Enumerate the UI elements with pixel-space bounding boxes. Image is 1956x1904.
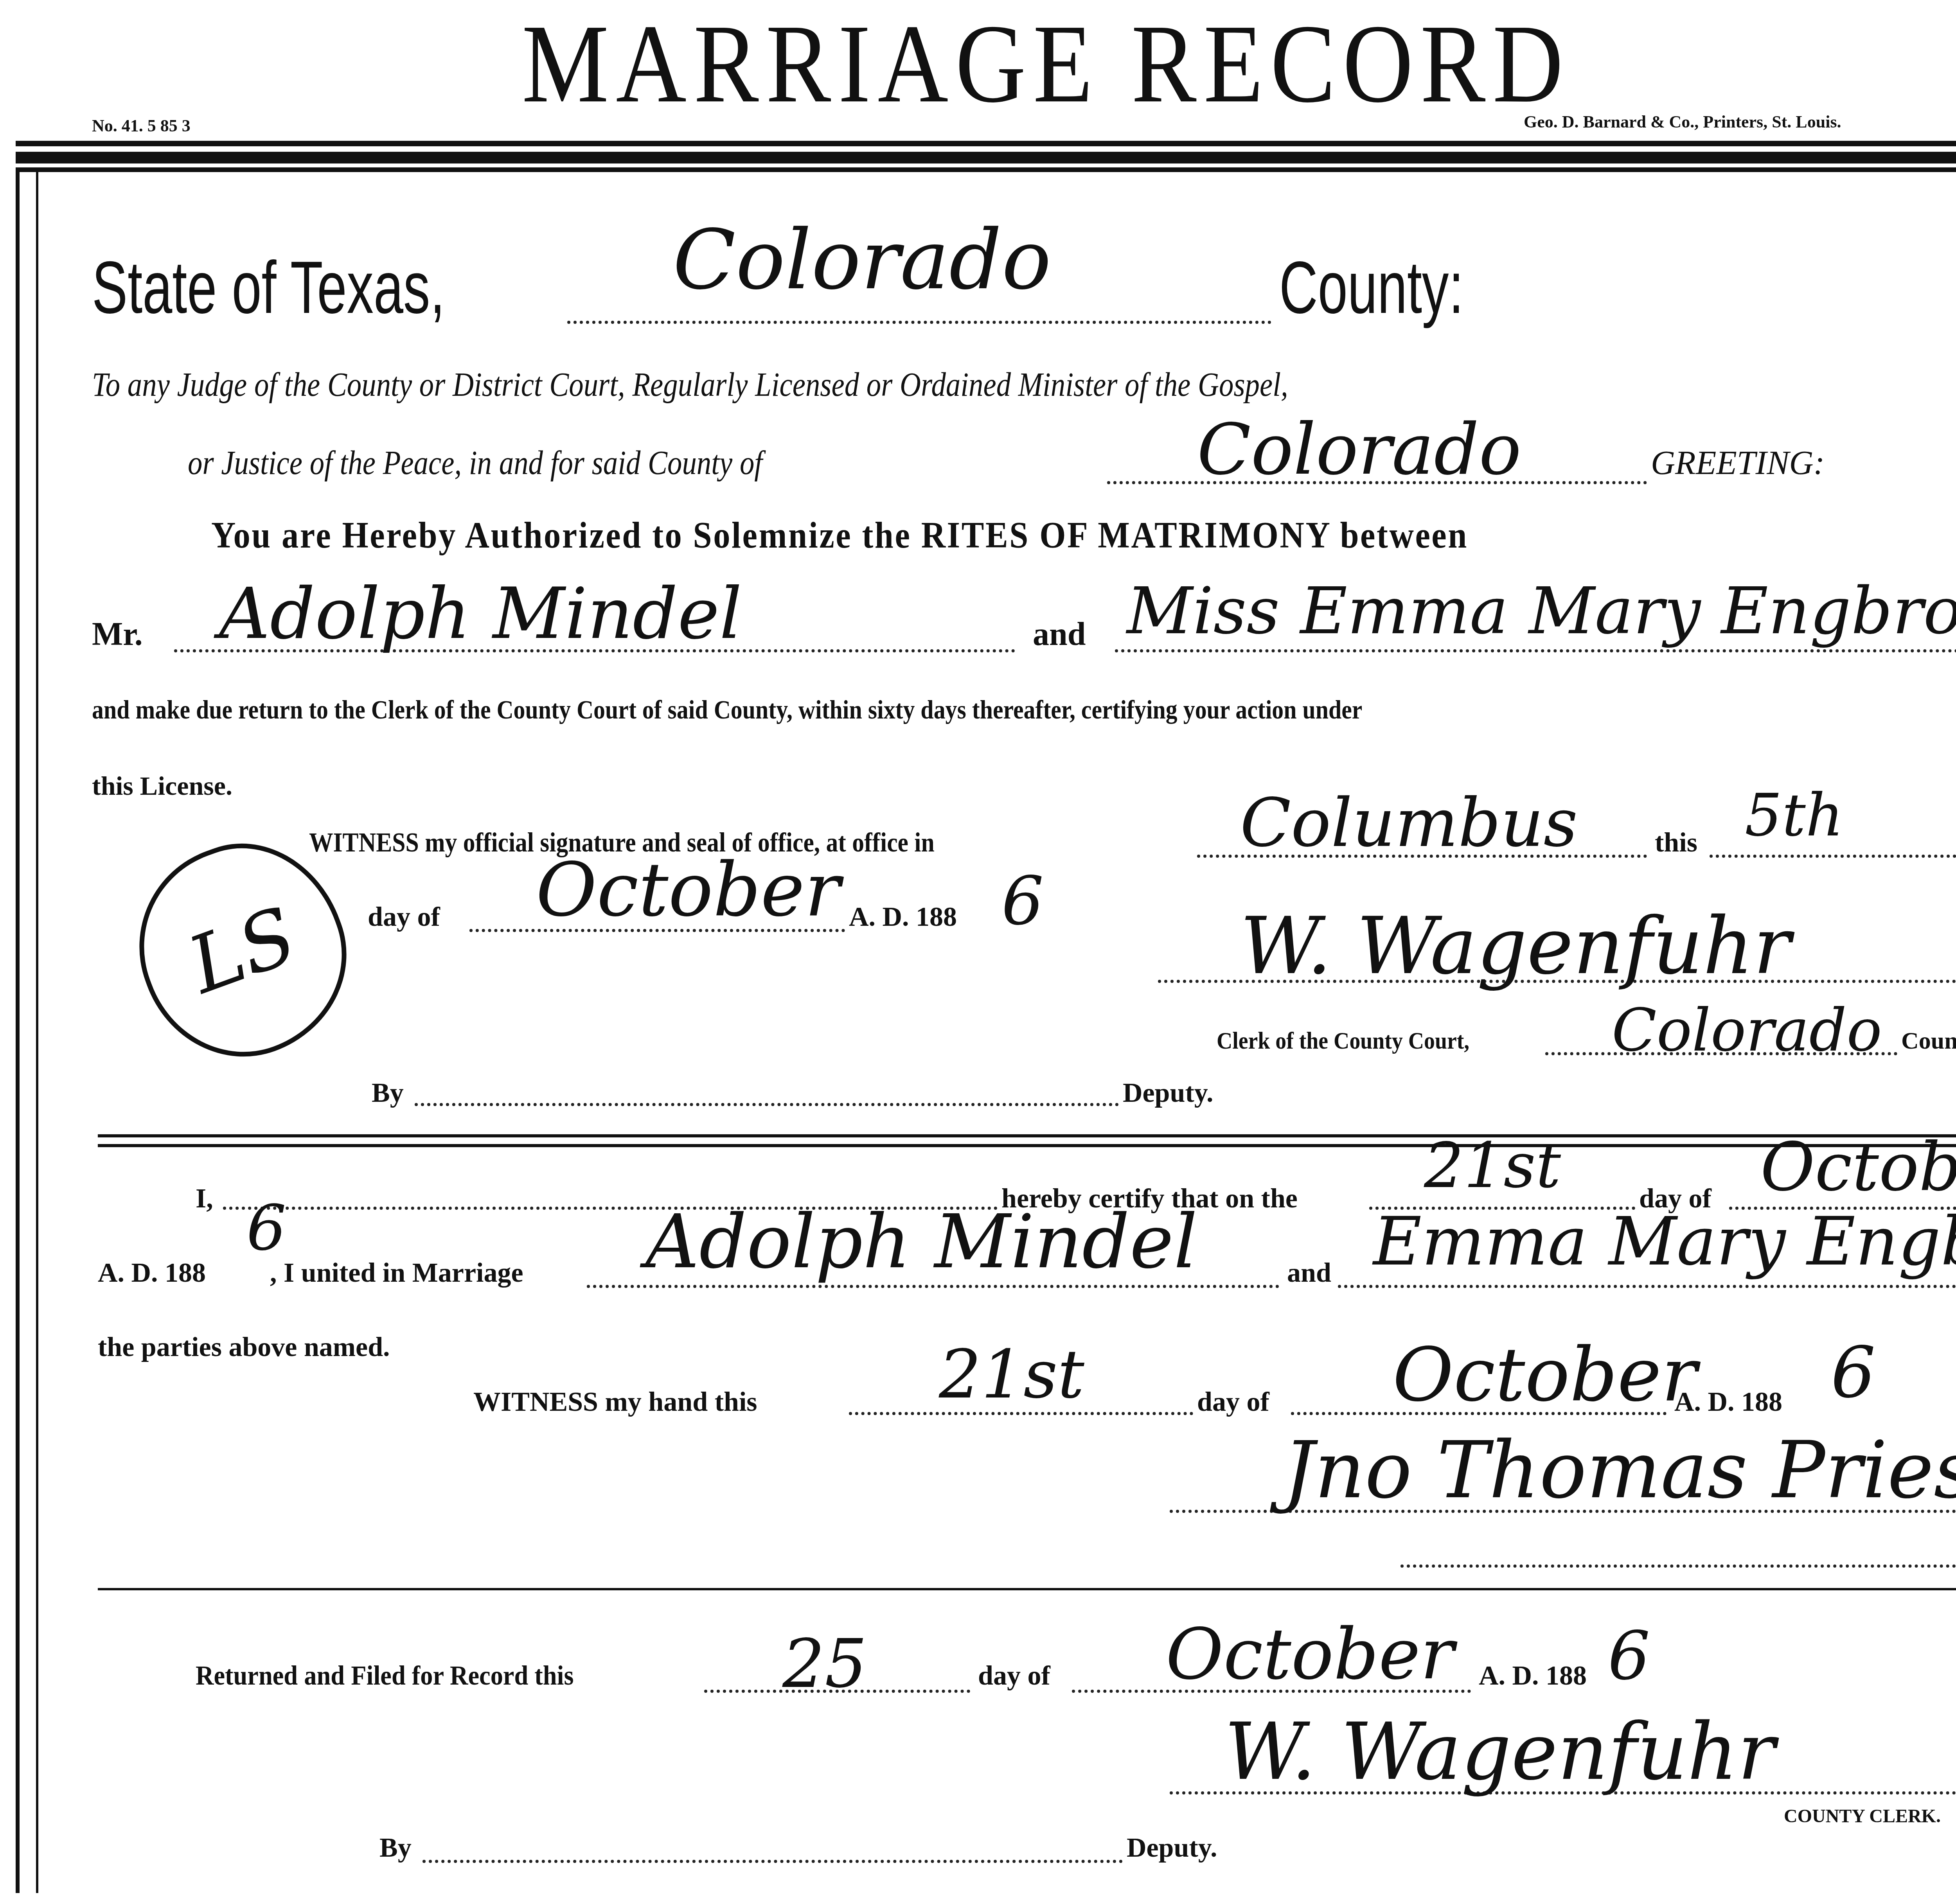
filing-day-field[interactable]: 25: [782, 1631, 867, 1697]
office-place-field[interactable]: Columbus: [1240, 790, 1578, 857]
returned-text: Returned and Filed for Record this: [196, 1662, 574, 1690]
filing-deputy-label: Deputy.: [1127, 1834, 1217, 1862]
i-label: I,: [196, 1185, 213, 1212]
certificate-groom-field-line: [587, 1285, 1279, 1288]
county-clerk-signature[interactable]: W. Wagenfuhr: [1224, 1713, 1775, 1791]
certificate-bride-field[interactable]: Emma Mary Engbrock: [1373, 1209, 1956, 1275]
return-instructions: and make due return to the Clerk of the …: [92, 696, 1362, 723]
witness-day-field[interactable]: 21st: [939, 1342, 1084, 1408]
county-field[interactable]: Colorado: [673, 219, 1051, 301]
filing-year-field[interactable]: 6: [1608, 1623, 1650, 1690]
ad-label: A. D. 188: [849, 904, 957, 931]
county-clerk-label: COUNTY CLERK.: [1784, 1807, 1941, 1826]
section-divider-top: [98, 1134, 1956, 1137]
certificate-bride-field-line: [1338, 1285, 1956, 1288]
license-text: this License.: [92, 772, 232, 799]
frame-left-inner-border: [36, 172, 38, 1893]
certificate-year-field[interactable]: 6: [246, 1197, 286, 1259]
county-label: County:: [1279, 250, 1463, 325]
bride-name-field[interactable]: Miss Emma Mary Engbrock: [1127, 579, 1956, 643]
certificate-day-field[interactable]: 21st: [1424, 1134, 1561, 1197]
by-label: By: [372, 1080, 404, 1107]
header-rule-bottom: [16, 167, 1956, 172]
certificate-witness-text: WITNESS my hand this: [473, 1388, 757, 1416]
certificate-month-field[interactable]: October: [1760, 1134, 1956, 1201]
certificate-ad-label: A. D. 188: [98, 1259, 206, 1287]
address-line-2: or Justice of the Peace, in and for said…: [188, 446, 762, 480]
address-line-1: To any Judge of the County or District C…: [92, 368, 1288, 401]
filing-divider: [98, 1588, 1956, 1590]
filing-deputy-field-line: [422, 1860, 1123, 1863]
this-label: this: [1655, 829, 1697, 857]
state-label: State of Texas,: [92, 250, 445, 325]
day-field-line: [1710, 855, 1956, 858]
mr-label: Mr.: [92, 618, 143, 651]
certificate-and-label: and: [1287, 1259, 1331, 1287]
county-field-line: [567, 321, 1271, 324]
clerk-county-field[interactable]: Colorado: [1612, 1001, 1882, 1060]
license-month-field[interactable]: October: [536, 853, 840, 927]
day-of-label: day of: [368, 904, 440, 931]
filing-ad-label: A. D. 188: [1479, 1662, 1587, 1690]
witness-month-field[interactable]: October: [1393, 1338, 1697, 1412]
filing-month-field[interactable]: October: [1166, 1619, 1454, 1690]
and-label: and: [1033, 618, 1086, 651]
officiant-title-line: [1400, 1565, 1956, 1568]
filing-by-label: By: [379, 1834, 412, 1862]
witness-ad-label: A. D. 188: [1674, 1388, 1782, 1416]
filing-day-of-label: day of: [978, 1662, 1050, 1690]
address-county-field[interactable]: Colorado: [1197, 415, 1521, 485]
section-divider-bottom: [98, 1144, 1956, 1147]
bride-field-line: [1115, 649, 1956, 652]
county-suffix-label: County.: [1901, 1029, 1956, 1053]
form-number: No. 41. 5 85 3: [92, 117, 191, 135]
clerk-label: Clerk of the County Court,: [1217, 1029, 1469, 1053]
header-rule-thick: [16, 152, 1956, 163]
deputy-field-line: [415, 1103, 1119, 1106]
united-text: , I united in Marriage: [270, 1259, 523, 1287]
parties-text: the parties above named.: [98, 1334, 390, 1361]
officiant-signature[interactable]: Jno Thomas Priest: [1283, 1432, 1956, 1510]
seal-initials: LS: [117, 823, 369, 1079]
license-day-field[interactable]: 5th: [1745, 786, 1843, 845]
witness-day-of-label: day of: [1197, 1388, 1269, 1416]
printer-credit: Geo. D. Barnard & Co., Printers, St. Lou…: [1524, 113, 1841, 131]
authorization-text: You are Hereby Authorized to Solemnize t…: [211, 516, 1468, 554]
document-title: MARRIAGE RECORD: [0, 8, 1956, 120]
header-rule-top: [16, 141, 1956, 146]
license-year-field[interactable]: 6: [1001, 868, 1044, 935]
certificate-groom-field[interactable]: Adolph Mindel: [645, 1205, 1197, 1279]
greeting-label: GREETING:: [1651, 446, 1825, 480]
witness-year-field[interactable]: 6: [1831, 1338, 1876, 1408]
deputy-label: Deputy.: [1123, 1080, 1213, 1107]
clerk-signature[interactable]: W. Wagenfuhr: [1240, 907, 1791, 986]
groom-name-field[interactable]: Adolph Mindel: [219, 579, 742, 649]
frame-left-border: [16, 172, 20, 1893]
